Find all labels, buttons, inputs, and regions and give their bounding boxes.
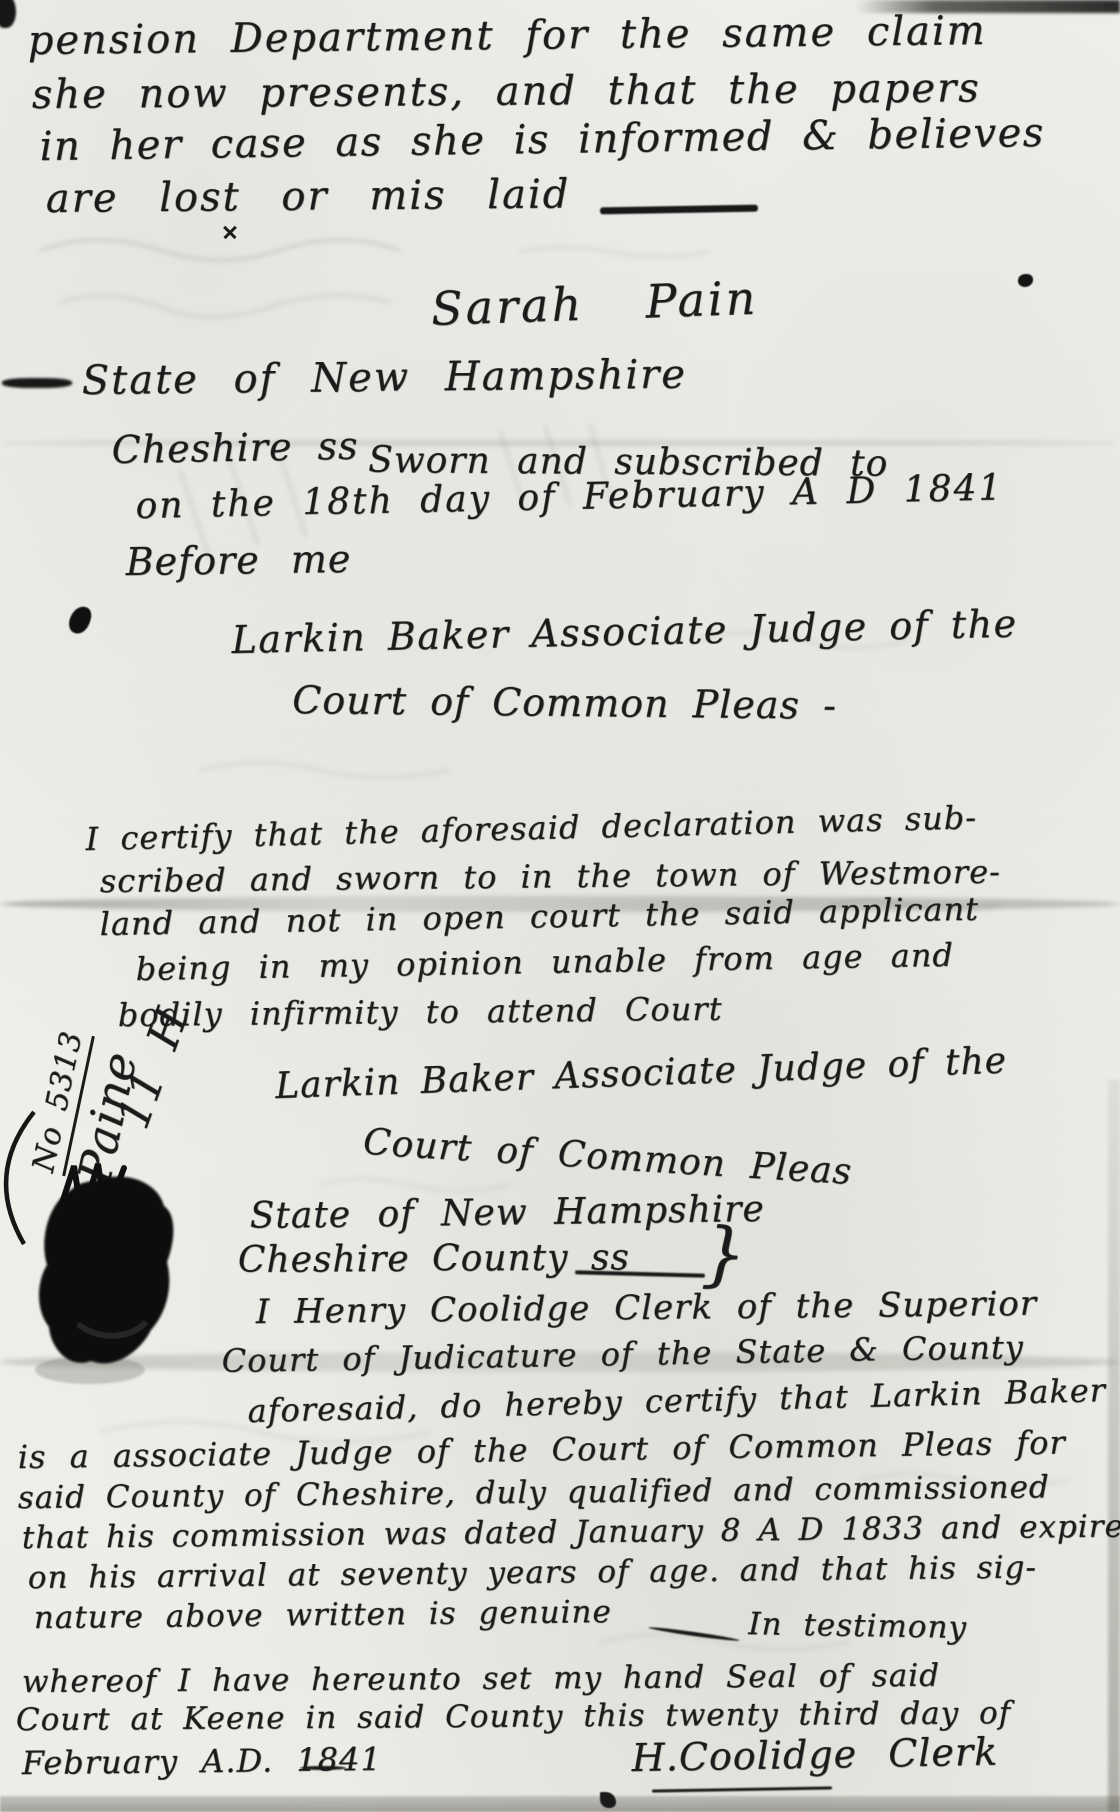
page-right-edge: [1108, 1080, 1120, 1812]
jurat-before-me: Before me: [125, 537, 351, 584]
opening-line-2: she now presents, and that the papers: [32, 65, 981, 118]
clerk-brace: }: [700, 1212, 748, 1296]
certify-line-5: bodily infirmity to attend Court: [118, 990, 723, 1034]
jurat-state-line: State of New Hampshire: [82, 352, 688, 404]
page-bottom-edge: [0, 1796, 1120, 1812]
judge-court-line: Court of Common Pleas -: [292, 678, 837, 728]
clerk-signature: H.Coolidge Clerk: [631, 1730, 998, 1780]
clerk-in-testimony: In testimony: [748, 1606, 967, 1646]
jurat-county: Cheshire ss: [111, 424, 359, 472]
opening-line-4: are lost or mis laid: [46, 171, 571, 222]
clerk-cert-line-9: whereof I have hereunto set my hand Seal…: [22, 1658, 940, 1700]
claimant-signature: Sarah Pain: [430, 271, 759, 336]
scanned-page: pension Department for the same claim sh…: [0, 0, 1120, 1812]
clerk-cert-line-8: nature above written is genuine: [34, 1594, 612, 1636]
x-mark: [222, 224, 238, 240]
flourish-dash: [300, 1766, 346, 1770]
clerk-county-line: Cheshire County ss: [238, 1237, 630, 1281]
notary-seal: [20, 1172, 195, 1387]
clerk-cert-line-11: February A.D. 1841: [22, 1740, 382, 1782]
clerk-cert-line-1: I Henry Coolidge Clerk of the Superior: [256, 1284, 1038, 1332]
clerk-state-line: State of New Hampshire: [249, 1189, 765, 1237]
margin-dash: [2, 378, 72, 388]
